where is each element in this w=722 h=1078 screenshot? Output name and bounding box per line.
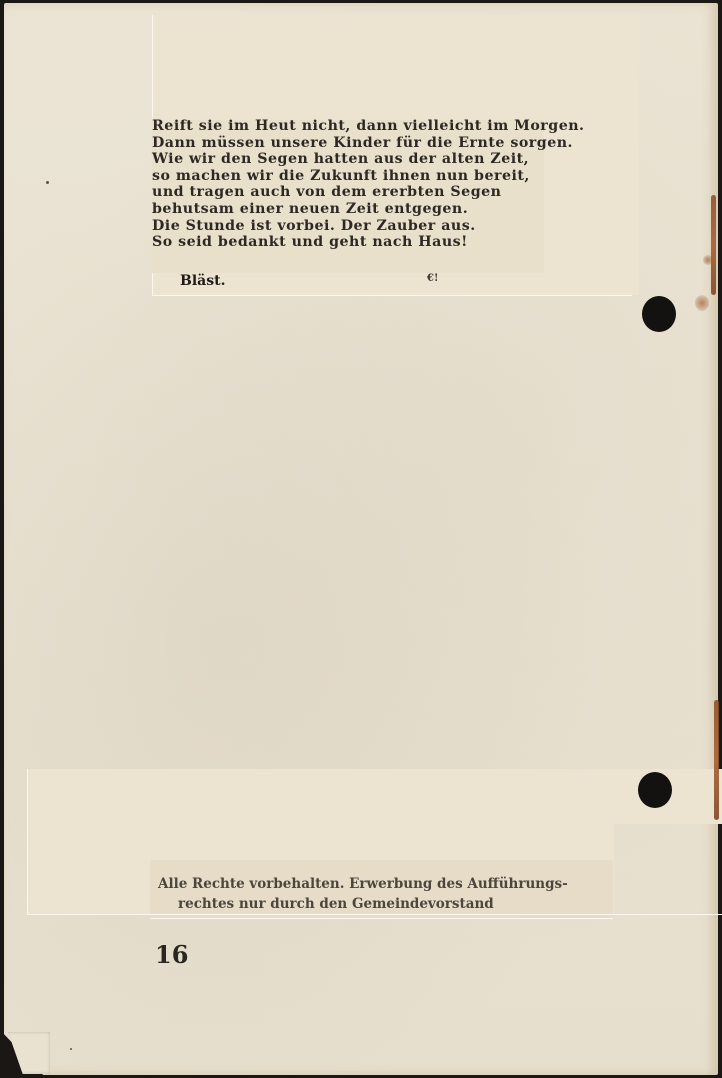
rights-notice: Alle Rechte vorbehalten. Erwerbung des A…: [158, 874, 618, 914]
verse-line: Reift sie im Heut nicht, dann vielleicht…: [152, 118, 612, 135]
verse-line: behutsam einer neuen Zeit entgegen.: [152, 201, 612, 218]
verse-line: Dann müssen unsere Kinder für die Ernte …: [152, 135, 612, 152]
rust-blot: [703, 255, 713, 265]
paper-speck: [70, 1048, 72, 1050]
binding-hole-icon: [638, 772, 672, 808]
stage-direction: Bläst.: [180, 273, 225, 289]
rust-stain: [711, 195, 716, 295]
binding-hole-icon: [642, 296, 676, 332]
stray-print-mark: €!: [427, 273, 438, 284]
verse-line: Wie wir den Segen hatten aus der alten Z…: [152, 151, 612, 168]
verse-line: So seid bedankt und geht nach Haus!: [152, 234, 612, 251]
verse-line: Die Stunde ist vorbei. Der Zauber aus.: [152, 218, 612, 235]
rights-notice-line-1: Alle Rechte vorbehalten. Erwerbung des A…: [158, 874, 618, 894]
rust-blot: [695, 295, 709, 311]
verse-line: und tragen auch von dem ererbten Segen: [152, 184, 612, 201]
verse-line: so machen wir die Zukunft ihnen nun bere…: [152, 168, 612, 185]
show-through-text: [164, 303, 624, 743]
rights-notice-line-2: rechtes nur durch den Gemeindevorstand: [158, 894, 618, 914]
paper-speck: [46, 181, 49, 184]
panel-edge: [27, 914, 722, 915]
page-number: 16: [155, 940, 188, 969]
panel-edge: [152, 295, 632, 296]
rust-stain: [714, 700, 719, 820]
verse-stanza: Reift sie im Heut nicht, dann vielleicht…: [152, 118, 612, 251]
